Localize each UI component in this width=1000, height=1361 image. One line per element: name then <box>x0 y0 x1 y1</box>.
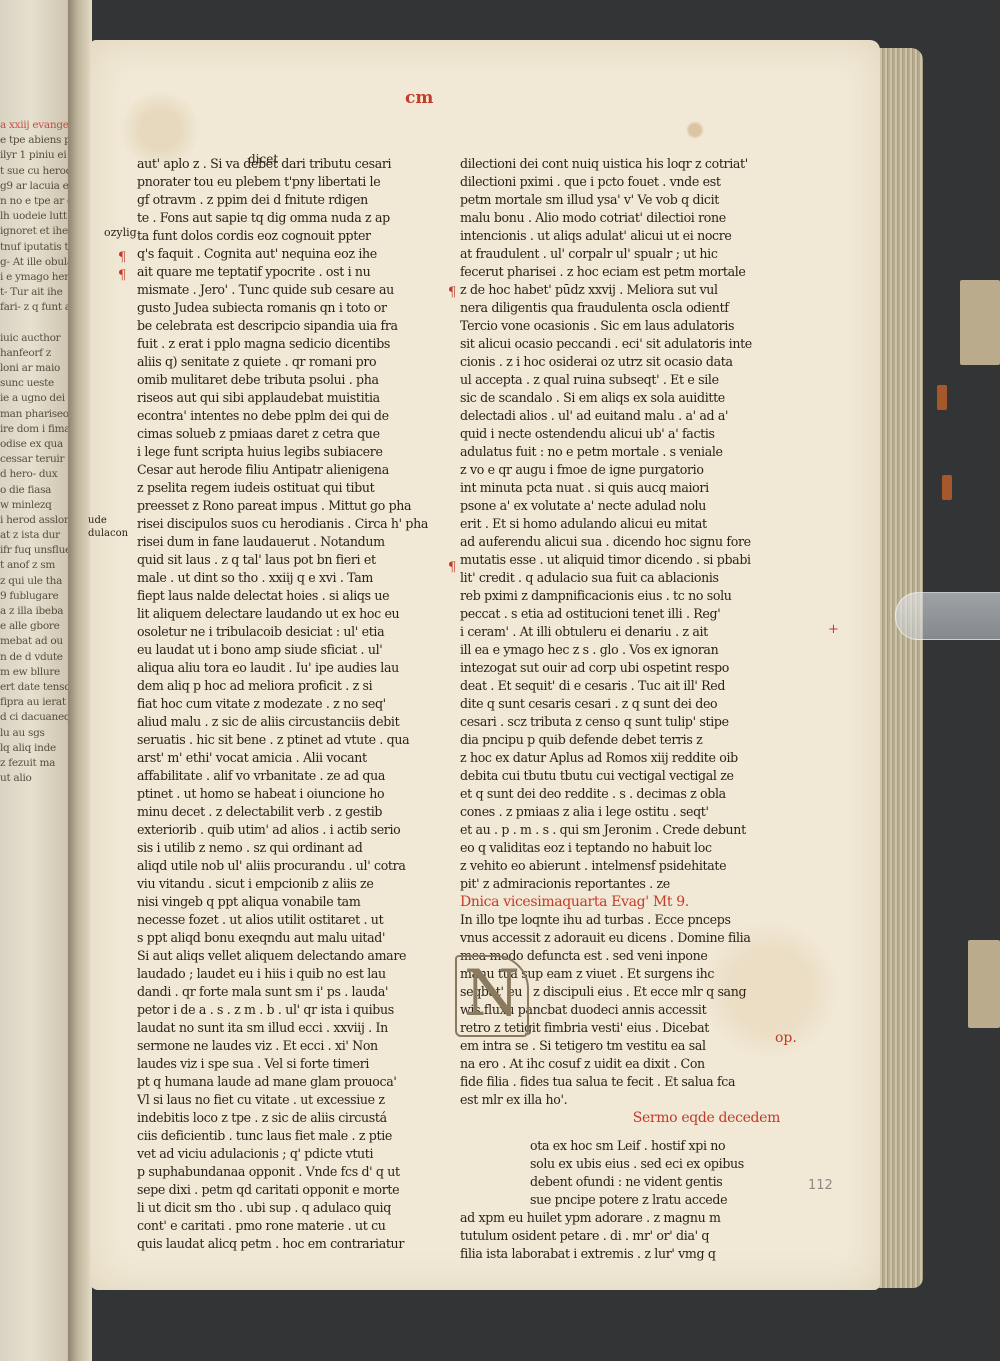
text-line: na ero . At ihc cosuf z uidit ea dixit .… <box>460 1055 780 1073</box>
text-line: affabilitate . alif vo vrbanitate . ze a… <box>137 767 437 785</box>
text-column-right: dilectioni dei cont nuiq uistica his loq… <box>460 155 780 1263</box>
text-line: omib mulitaret debe tributa psolui . pha <box>137 371 437 389</box>
text-line: filia ista laborabat i extremis . z lur'… <box>460 1245 780 1263</box>
text-line: quis laudat alicq petm . hoc em contrari… <box>137 1235 437 1253</box>
left-page-line: ut alio <box>0 771 78 786</box>
text-line: In illo tpe loqnte ihu ad turbas . Ecce … <box>460 911 780 929</box>
book-fore-edge <box>878 48 923 1288</box>
text-line: arst' m' ethi' vocat amicia . Alii vocan… <box>137 749 437 767</box>
paragraph-mark-icon: ¶ <box>118 250 126 265</box>
text-line: int minuta pcta nuat . si quis aucq maio… <box>460 479 780 497</box>
text-line: risei dum in fane laudauerut . Notandum <box>137 533 437 551</box>
text-line: preesset z Rono pareat impus . Mittut go… <box>137 497 437 515</box>
left-page-line: e tpe abiens phari <box>0 133 78 148</box>
text-line: dilectioni pximi . que i pcto fouet . vn… <box>460 173 780 191</box>
rubric-heading: Dnica vicesimaquarta Evag' Mt 9. <box>460 893 780 911</box>
text-line: z vehito eo abierunt . intelmensf psideh… <box>460 857 780 875</box>
text-line: cimas solueb z pmiaas daret z cetra que <box>137 425 437 443</box>
text-line: sit alicui ocasio peccandi . eci' sit ad… <box>460 335 780 353</box>
left-page-line: sunc ueste <box>0 376 78 391</box>
text-line: malu bonu . Alio modo cotriat' dilectioi… <box>460 209 780 227</box>
left-page-line: m ew bllure <box>0 665 78 680</box>
text-line: mismate . Jero' . Tunc quide sub cesare … <box>137 281 437 299</box>
text-line: reb pximi z dampnificacionis eius . tc n… <box>460 587 780 605</box>
left-page-line: hanfeorf z <box>0 346 78 361</box>
paragraph-mark-icon: ¶ <box>448 285 456 300</box>
left-page-line: loni ar maio <box>0 361 78 376</box>
text-line: quid sit laus . z q tal' laus pot bn fie… <box>137 551 437 569</box>
text-line: nisi vingeb q ppt aliqua vonabile tam <box>137 893 437 911</box>
text-line: cont' e caritati . pmo rone materie . ut… <box>137 1217 437 1235</box>
left-page-line: i herod asslone <box>0 513 78 528</box>
text-line: dem aliq p hoc ad meliora proficit . z s… <box>137 677 437 695</box>
text-line: laudado ; laudet eu i hiis i quib no est… <box>137 965 437 983</box>
text-line: p suphabundanaa opponit . Vnde fcs d' q … <box>137 1163 437 1181</box>
margin-note: ozylig <box>104 226 137 239</box>
text-line: aliis q) senitate z quiete . qr romani p… <box>137 353 437 371</box>
text-line: li ut dicit sm tho . ubi sup . q adulaco… <box>137 1199 437 1217</box>
text-line: eo q validitas eoz i teptando no habuit … <box>460 839 780 857</box>
text-line: intezogat sut ouir ad corp ubi ospetint … <box>460 659 780 677</box>
text-line: peccat . s etia ad ostitucioni tenet ill… <box>460 605 780 623</box>
text-line: solu ex ubis eius . sed eci ex opibus <box>460 1155 780 1173</box>
text-line: et au . p . m . s . qui sm Jeronim . Cre… <box>460 821 780 839</box>
left-page-text: a xxiij evangele tpe abiens phariilyr 1 … <box>0 118 78 1128</box>
text-line: petor i de a . s . z m . b . ul' qr ista… <box>137 1001 437 1019</box>
text-line: et q sunt dei deo reddite . s . decimas … <box>460 785 780 803</box>
text-line: riseos aut qui sibi applaudebat muistiti… <box>137 389 437 407</box>
left-page-line: lh uodeie lutt ei <box>0 209 78 224</box>
left-page-line: g- At ille obulari <box>0 255 78 270</box>
left-page-line: a z illa ibeba <box>0 604 78 619</box>
left-page-line: t anof z sm <box>0 558 78 573</box>
parchment-tab-bottom <box>968 940 1000 1028</box>
left-page-line: n de d vdute <box>0 650 78 665</box>
text-line: petm mortale sm illud ysa' v' Ve vob q d… <box>460 191 780 209</box>
text-line: sepe dixi . petm qd caritati opponit e m… <box>137 1181 437 1199</box>
text-line: lit' credit . q adulacio sua fuit ca abl… <box>460 569 780 587</box>
text-line: est mlr ex illa ho'. <box>460 1091 780 1109</box>
text-line: necesse fozet . ut alios utilit ostitare… <box>137 911 437 929</box>
text-line: ait quare me teptatif ypocrite . ost i n… <box>137 263 437 281</box>
text-line: mutatis esse . ut aliquid timor dicendo … <box>460 551 780 569</box>
text-line: pt q humana laude ad mane glam prouoca' <box>137 1073 437 1091</box>
left-facing-page: a xxiij evangele tpe abiens phariilyr 1 … <box>0 0 78 1361</box>
left-page-line: a xxiij evangel <box>0 118 78 133</box>
text-line: te . Fons aut sapie tq dig omma nuda z a… <box>137 209 437 227</box>
left-page-line: ie a ugno dei <box>0 391 78 406</box>
text-line: fecerut pharisei . z hoc eciam est petm … <box>460 263 780 281</box>
left-page-line: odise ex qua <box>0 437 78 452</box>
text-line: em intra se . Si tetigero tm vestitu ea … <box>460 1037 780 1055</box>
paragraph-mark-icon: ¶ <box>448 560 456 575</box>
text-line: lit aliquem delectare laudando ut ex hoc… <box>137 605 437 623</box>
left-page-line: e alle gbore <box>0 619 78 634</box>
text-line: pnorater tou eu plebem t'pny libertati l… <box>137 173 437 191</box>
left-page-line: t- Tur ait ihe <box>0 285 78 300</box>
left-page-line: g9 ar lacuia ei toul <box>0 179 78 194</box>
text-line: gusto Judea subiecta romanis qn i toto o… <box>137 299 437 317</box>
folio-number: cm <box>405 88 433 108</box>
text-line: s ppt aliqd bonu exeqndu aut malu uitad' <box>137 929 437 947</box>
cross-mark-icon: + <box>828 622 839 637</box>
leather-tab-marker <box>937 385 947 410</box>
left-page-line: fari- z q funt ad <box>0 300 78 315</box>
left-page-line <box>0 315 78 330</box>
text-line: ta funt dolos cordis eoz cognouit ppter <box>137 227 437 245</box>
left-page-line: z fezuit ma <box>0 756 78 771</box>
text-line: z hoc ex datur Aplus ad Romos xiij reddi… <box>460 749 780 767</box>
text-line: adulatus fuit : no e petm mortale . s ve… <box>460 443 780 461</box>
paragraph-mark-icon: ¶ <box>118 268 126 283</box>
text-line: dite q sunt cesaris cesari . z q sunt de… <box>460 695 780 713</box>
text-line: cionis . z i hoc osiderai oz utrz sit oc… <box>460 353 780 371</box>
text-line: aliud malu . z sic de aliis circustancii… <box>137 713 437 731</box>
text-line: laudat no sunt ita sm illud ecci . xxvii… <box>137 1019 437 1037</box>
text-line: delectadi alios . ul' ad euitand malu . … <box>460 407 780 425</box>
text-line: erit . Et si homo adulando alicui eu mit… <box>460 515 780 533</box>
text-line: minu decet . z delectabilit verb . z ges… <box>137 803 437 821</box>
text-line: cones . z pmiaas z alia i lege ostitu . … <box>460 803 780 821</box>
text-line: deat . Et sequit' di e cesaris . Tuc ait… <box>460 677 780 695</box>
text-line: nera diligentis qua fraudulenta oscla od… <box>460 299 780 317</box>
left-page-line: ifr fuq unsflue <box>0 543 78 558</box>
left-page-line: d hero- dux <box>0 467 78 482</box>
leather-tab-marker <box>942 475 952 500</box>
text-line: sermone ne laudes viz . Et ecci . xi' No… <box>137 1037 437 1055</box>
text-line: dandi . qr forte mala sunt sm i' ps . la… <box>137 983 437 1001</box>
text-line: sue pncipe potere z lratu accede <box>460 1191 780 1209</box>
text-line: at fraudulent . ul' corpalr ul' spualr ;… <box>460 245 780 263</box>
left-page-line: man phariseo <box>0 407 78 422</box>
left-page-line: iuic aucthor <box>0 331 78 346</box>
text-line: Cesar aut herode filiu Antipatr alienige… <box>137 461 437 479</box>
left-page-line: o die fiasa <box>0 483 78 498</box>
left-page-line: t sue cu herodianis <box>0 164 78 179</box>
text-line: sis i utilib z nemo . sz qui ordinant ad <box>137 839 437 857</box>
text-line: laudes viz i spe sua . Vel si forte time… <box>137 1055 437 1073</box>
text-line: fuit . z erat i pplo magna sedicio dicen… <box>137 335 437 353</box>
left-page-line: 9 fublugare <box>0 589 78 604</box>
text-line: dilectioni dei cont nuiq uistica his loq… <box>460 155 780 173</box>
text-line: econtra' intentes no debe pplm dei qui d… <box>137 407 437 425</box>
text-line: dia pncipu p quib defende debet terris z <box>460 731 780 749</box>
text-line: ad auferendu alicui sua . dicendo hoc si… <box>460 533 780 551</box>
text-line: sic de scandalo . Si em aliqs ex sola au… <box>460 389 780 407</box>
left-page-line: i e ymago her <box>0 270 78 285</box>
left-page-line: ilyr 1 piniu ei ou <box>0 148 78 163</box>
parchment-tab-top <box>960 280 1000 365</box>
pencil-foliation: 112 <box>808 1178 833 1193</box>
text-line: Si aut aliqs vellet aliquem delectando a… <box>137 947 437 965</box>
text-line: debent ofundi : ne vident gentis <box>460 1173 780 1191</box>
text-line: tutulum osident petare . di . mr' or' di… <box>460 1227 780 1245</box>
text-line: ptinet . ut homo se habeat i oiuncione h… <box>137 785 437 803</box>
text-line: z pselita regem iudeis ostituat qui tibu… <box>137 479 437 497</box>
text-line: q's faquit . Cognita aut' nequina eoz ih… <box>137 245 437 263</box>
text-line: ad xpm eu huilet ypm adorare . z magnu m <box>460 1209 780 1227</box>
text-line: viu vitandu . sicut i empcionib z aliis … <box>137 875 437 893</box>
left-page-line: at z ista dur <box>0 528 78 543</box>
gutter-shadow <box>68 0 92 1361</box>
left-page-line: d ci dacuaneq <box>0 710 78 725</box>
text-column-left: aut' aplo z . Si va debet dari tributu c… <box>137 155 437 1253</box>
text-line: pit' z admiracionis reportantes . ze <box>460 875 780 893</box>
text-line: z vo e qr augu i fmoe de igne purgatorio <box>460 461 780 479</box>
left-page-line: tnuf iputatis ti <box>0 240 78 255</box>
left-page-line: ignoret et ihe ei <box>0 224 78 239</box>
left-page-line: mebat ad ou <box>0 634 78 649</box>
left-page-line: n no e tpe ar de <box>0 194 78 209</box>
text-line: indebitis loco z tpe . z sic de aliis ci… <box>137 1109 437 1127</box>
left-page-line: cessar teruir <box>0 452 78 467</box>
sermon-heading: Sermo eqde decedem <box>460 1109 780 1127</box>
left-page-line: fipra au ierat <box>0 695 78 710</box>
text-line: vet ad viciu adulacionis ; q' pdicte vtu… <box>137 1145 437 1163</box>
text-line: cesari . scz tributa z censo q sunt tuli… <box>460 713 780 731</box>
left-page-line: lq aliq inde <box>0 741 78 756</box>
text-line: aliqd utile nob ul' aliis procurandu . u… <box>137 857 437 875</box>
text-line: fiept laus nalde delectat hoies . si ali… <box>137 587 437 605</box>
text-line: ota ex hoc sm Leif . hostif xpi no <box>460 1137 780 1155</box>
text-line: aut' aplo z . Si va debet dari tributu c… <box>137 155 437 173</box>
text-line: quid i necte ostendendu alicui ub' a' fa… <box>460 425 780 443</box>
text-line: eu laudat ut i bono amp siude sficiat . … <box>137 641 437 659</box>
plastic-page-clip <box>895 592 1000 640</box>
text-line: exteriorib . quib utim' ad alios . i act… <box>137 821 437 839</box>
text-line: male . ut dint so tho . xxiij q e xvi . … <box>137 569 437 587</box>
text-line: fide filia . fides tua salua te fecit . … <box>460 1073 780 1091</box>
text-line: ul accepta . z qual ruina subseqt' . Et … <box>460 371 780 389</box>
text-line: Vl si laus no fiet cu vitate . ut excess… <box>137 1091 437 1109</box>
margin-note: ude dulacon <box>88 514 134 540</box>
text-line: z de hoc habet' pūdz xxvij . Meliora sut… <box>460 281 780 299</box>
text-line: risei discipulos suos cu herodianis . Ci… <box>137 515 437 533</box>
text-line: osoletur ne i tribulacoib desiciat : ul'… <box>137 623 437 641</box>
text-line: i lege funt scripta huius legibs subiace… <box>137 443 437 461</box>
left-page-line: ire dom i fima <box>0 422 78 437</box>
text-line: ciis deficientib . tunc laus fiet male .… <box>137 1127 437 1145</box>
text-line: intencionis . ut aliqs adulat' alicui ut… <box>460 227 780 245</box>
text-line: debita cui tbutu tbutu cui vectigal vect… <box>460 767 780 785</box>
text-line: i ceram' . At illi obtuleru ei denariu .… <box>460 623 780 641</box>
text-line: aliqua aliu tora eo laudit . Iu' ipe aud… <box>137 659 437 677</box>
left-page-line: w minlezq <box>0 498 78 513</box>
text-line: vnus accessit z adorauit eu dicens . Dom… <box>460 929 780 947</box>
text-line: psone a' ex volutate a' necte adulad nol… <box>460 497 780 515</box>
left-page-line: ert date tenso <box>0 680 78 695</box>
text-line: gf otravm . z ppim dei d fnitute rdigen <box>137 191 437 209</box>
left-page-line: lu au sgs <box>0 726 78 741</box>
text-line: Tercio vone ocasionis . Sic em laus adul… <box>460 317 780 335</box>
text-line: fiat hoc cum vitate z modezate . z no se… <box>137 695 437 713</box>
text-line: ill ea e ymago hec z s . glo . Vos ex ig… <box>460 641 780 659</box>
text-line: be celebrata est descripcio sipandia uia… <box>137 317 437 335</box>
text-line: seruatis . hic sit bene . z ptinet ad vt… <box>137 731 437 749</box>
decorated-initial: N <box>455 955 529 1037</box>
left-page-line: z qui ule tha <box>0 574 78 589</box>
